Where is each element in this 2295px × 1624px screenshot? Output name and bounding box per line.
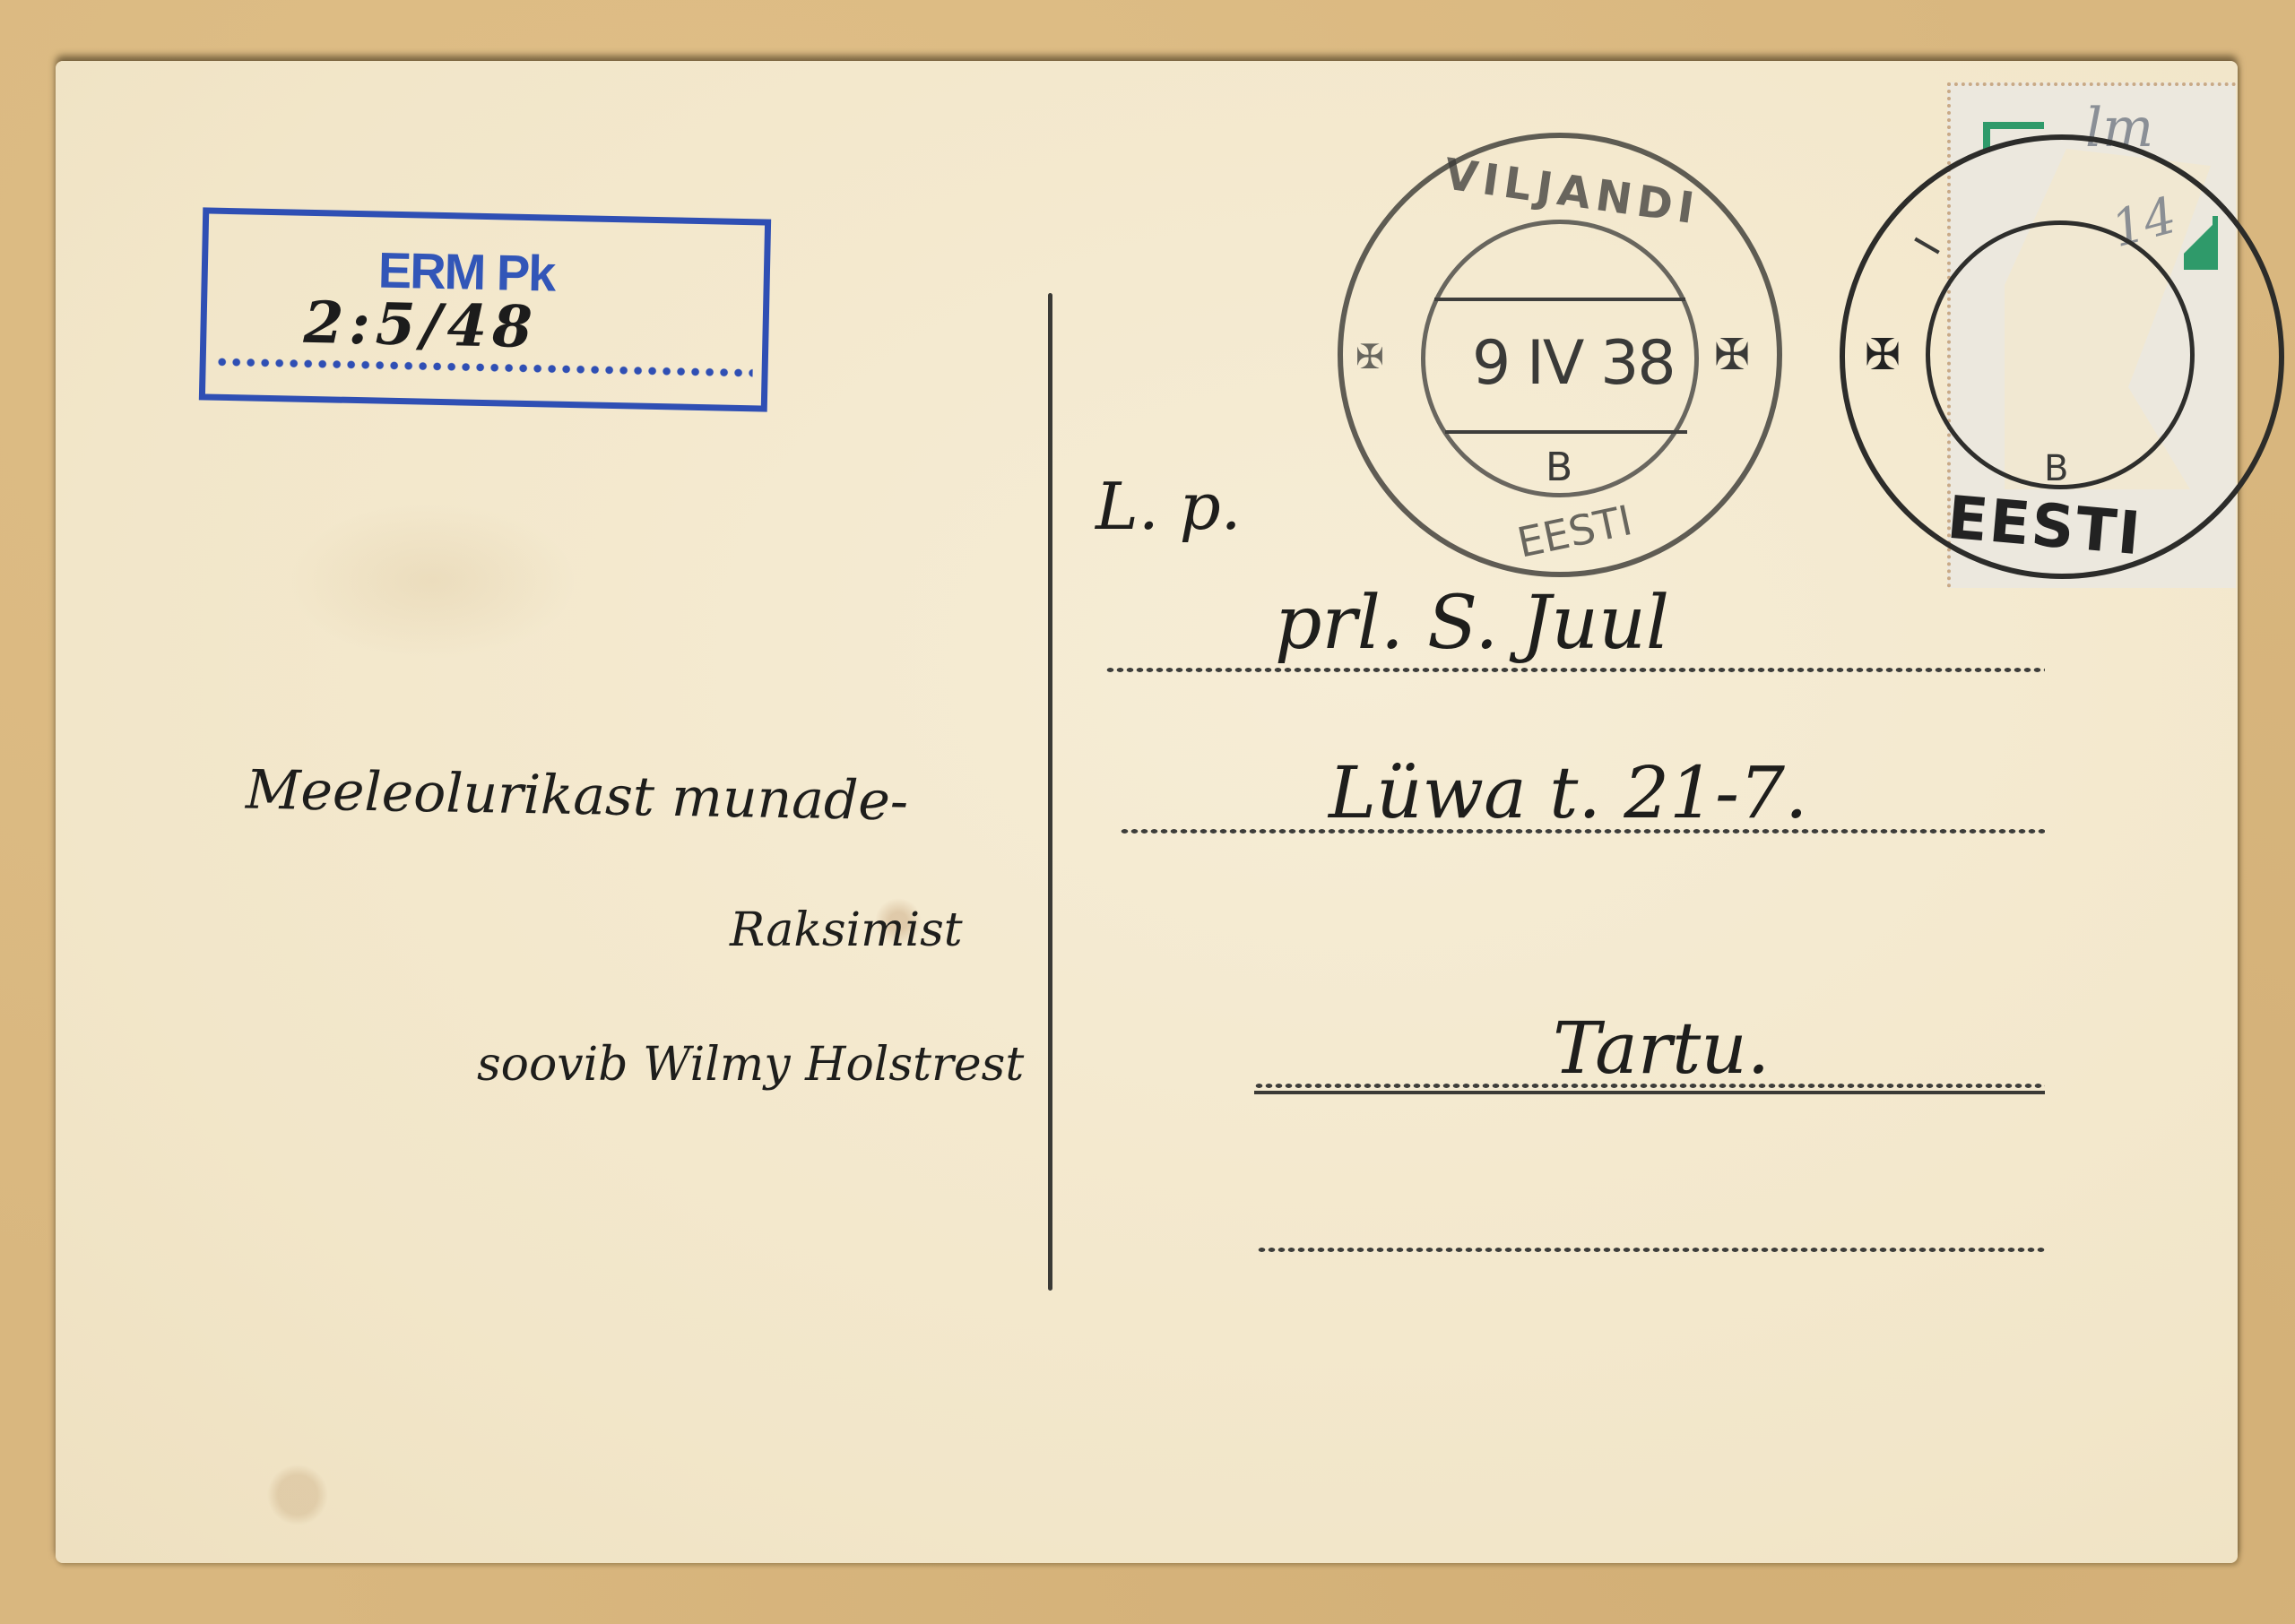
cross-icon: ✠ (1355, 337, 1384, 376)
cross-icon: ✠ (1865, 330, 1901, 380)
vertical-divider (1048, 293, 1052, 1291)
message-line-3: soovib Wilmy Holstrest (477, 1038, 1024, 1092)
address-line-1 (1105, 667, 2045, 673)
postmark-bar-bottom (1445, 430, 1687, 434)
postmark-second: I B EESTI ✠ (1840, 134, 2288, 583)
postcard: ERM Pk 2:5/48 Meeleolurikast munade- Rak… (56, 61, 2238, 1563)
archive-stamp-dotted-line (215, 358, 753, 378)
postmark-bar-top (1434, 298, 1685, 301)
address-line-4 (1257, 1247, 2047, 1253)
address-street: Lüwa t. 21-7. (1329, 751, 1807, 834)
address-recipient: prl. S. Juul (1275, 581, 1669, 666)
address-city: Tartu. (1553, 1006, 1770, 1090)
address-salutation: L. p. (1096, 469, 1242, 544)
postmark-viljandi: VILJANDI 9 IV 38 B EESTI ✠ ✠ (1338, 133, 1786, 581)
message-line-2: Raksimist (730, 903, 963, 957)
postmark-date: 9 IV 38 (1472, 328, 1675, 399)
cross-icon: ✠ (1714, 330, 1750, 380)
message-line-1: Meeleolurikast munade- (245, 759, 908, 834)
archive-stamp: ERM Pk 2:5/48 (199, 207, 771, 411)
postmark-letter: B (1546, 445, 1572, 490)
archive-number: 2:5/48 (303, 289, 539, 361)
postmark-letter: B (2044, 448, 2068, 489)
